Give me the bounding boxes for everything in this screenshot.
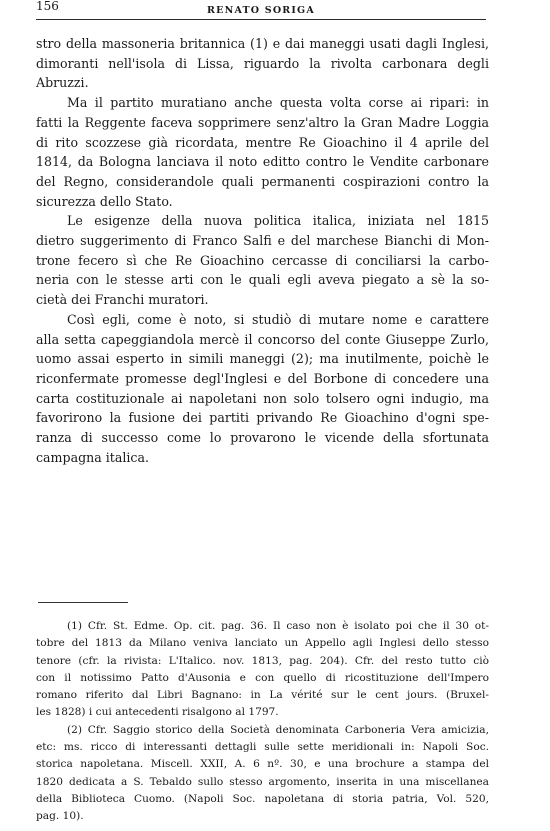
book-page: 156 RENATO SORIGA stro della massoneria …: [0, 0, 550, 831]
text-line: stro della massoneria britannica (1) e d…: [36, 34, 489, 54]
footnote-line: con il notissimo Patto d'Ausonia e con q…: [36, 670, 489, 687]
footnote-line: (1) Cfr. St. Edme. Op. cit. pag. 36. Il …: [36, 618, 489, 635]
body-text: stro della massoneria britannica (1) e d…: [36, 34, 489, 467]
paragraph-1: stro della massoneria britannica (1) e d…: [36, 34, 489, 93]
footnote-line: 1820 dedicata a S. Tebaldo sullo stesso …: [36, 774, 489, 791]
paragraph-4: Così egli, come è noto, si studiò di mut…: [36, 310, 489, 468]
footnote-line: della Biblioteca Cuomo. (Napoli Soc. nap…: [36, 791, 489, 808]
text-line: campagna italica.: [36, 448, 489, 468]
header-rule: [36, 19, 486, 20]
footnote-1: (1) Cfr. St. Edme. Op. cit. pag. 36. Il …: [36, 618, 489, 722]
paragraph-3: Le esigenze della nuova politica italica…: [36, 211, 489, 310]
footnote-line: pag. 10).: [36, 808, 489, 825]
text-line: alla setta capeggiandola mercè il concor…: [36, 330, 489, 350]
text-line: di rito scozzese già ricordata, mentre R…: [36, 133, 489, 153]
footnote-line: etc: ms. ricco di interessanti dettagli …: [36, 739, 489, 756]
text-line: del Regno, considerandole quali permanen…: [36, 172, 489, 192]
footnote-line: tenore (cfr. la rivista: L'Italico. nov.…: [36, 653, 489, 670]
footnote-line: (2) Cfr. Saggio storico della Società de…: [36, 722, 489, 739]
text-line: favorirono la fusione dei partiti privan…: [36, 408, 489, 428]
page-header: 156 RENATO SORIGA: [36, 0, 486, 20]
text-line: neria con le stesse arti con le quali eg…: [36, 270, 489, 290]
footnote-line: romano riferito dal Libri Bagnano: in La…: [36, 687, 489, 704]
text-line: dimoranti nell'isola di Lissa, riguardo …: [36, 54, 489, 74]
text-line: Ma il partito muratiano anche questa vol…: [36, 93, 489, 113]
footnote-line: les 1828) i cui antecedenti risalgono al…: [36, 704, 489, 721]
text-line: 1814, da Bologna lanciava il noto editto…: [36, 152, 489, 172]
text-line: Abruzzi.: [36, 73, 489, 93]
footnote-line: tobre del 1813 da Milano veniva lanciato…: [36, 635, 489, 652]
footnotes: (1) Cfr. St. Edme. Op. cit. pag. 36. Il …: [36, 618, 489, 826]
text-line: carta costituzionale ai napoletani non s…: [36, 389, 489, 409]
text-line: Così egli, come è noto, si studiò di mut…: [36, 310, 489, 330]
footnote-2: (2) Cfr. Saggio storico della Società de…: [36, 722, 489, 826]
text-line: Le esigenze della nuova politica italica…: [36, 211, 489, 231]
footnote-line: storica napoletana. Miscell. XXII, A. 6 …: [36, 756, 489, 773]
text-line: cietà dei Franchi muratori.: [36, 290, 489, 310]
text-line: uomo assai esperto in simili maneggi (2)…: [36, 349, 489, 369]
text-line: trone fecero sì che Re Gioachino cercass…: [36, 251, 489, 271]
text-line: fatti la Reggente faceva sopprimere senz…: [36, 113, 489, 133]
text-line: riconfermate promesse degl'Inglesi e del…: [36, 369, 489, 389]
text-line: dietro suggerimento di Franco Salfi e de…: [36, 231, 489, 251]
paragraph-2: Ma il partito muratiano anche questa vol…: [36, 93, 489, 211]
running-title: RENATO SORIGA: [36, 5, 486, 16]
footnote-separator: [38, 602, 128, 603]
text-line: ranza di successo come lo provarono le v…: [36, 428, 489, 448]
text-line: sicurezza dello Stato.: [36, 192, 489, 212]
